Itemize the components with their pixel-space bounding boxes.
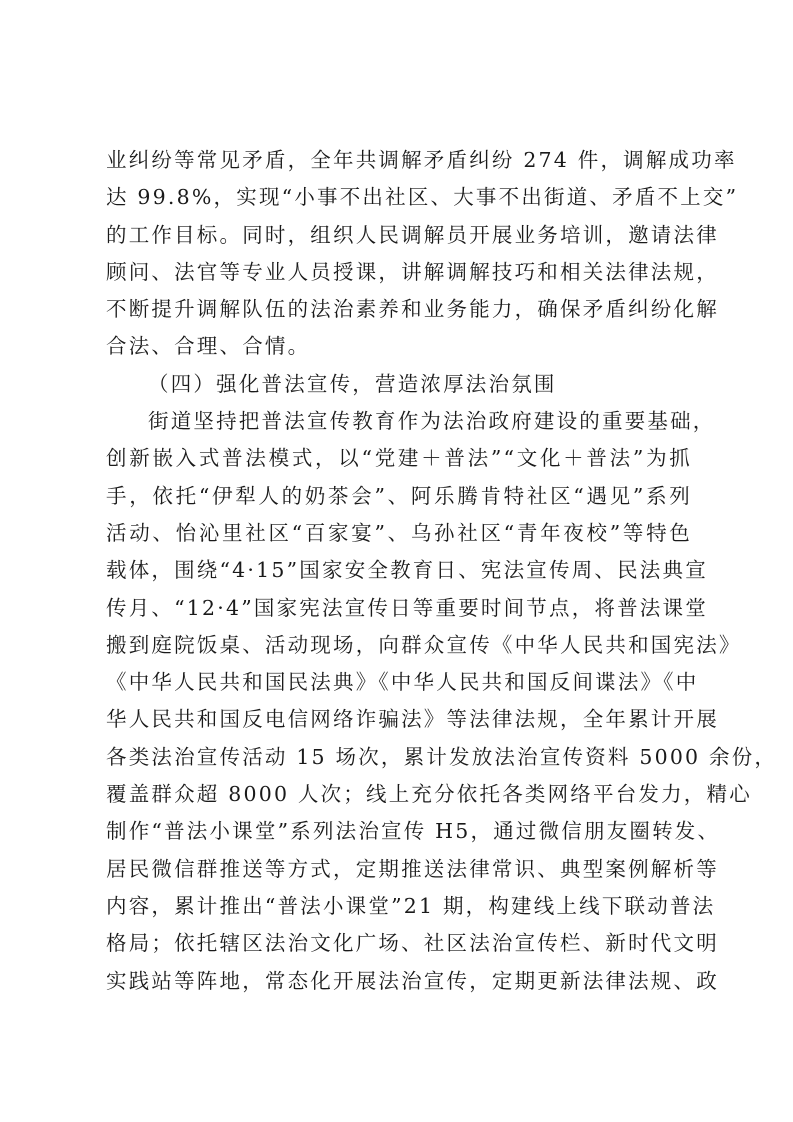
text-line: 达 99.8%，实现“小事不出社区、大事不出街道、矛盾不上交” [106, 179, 692, 216]
text-line: 街道坚持把普法宣传教育作为法治政府建设的重要基础， [106, 403, 692, 440]
document-page: 业纠纷等常见矛盾，全年共调解矛盾纠纷 274 件，调解成功率 达 99.8%，实… [0, 0, 793, 1122]
text-line: 传月、“12·4”国家宪法宣传日等重要时间节点，将普法课堂 [106, 590, 692, 627]
text-line: 合法、合理、合情。 [106, 328, 692, 365]
text-line: 覆盖群众超 8000 人次；线上充分依托各类网络平台发力，精心 [106, 776, 692, 813]
text-line: 搬到庭院饭桌、活动现场，向群众宣传《中华人民共和国宪法》 [106, 627, 692, 664]
text-line: 手，依托“伊犁人的奶茶会”、阿乐腾肯特社区“遇见”系列 [106, 478, 692, 515]
text-line: 《中华人民共和国民法典》《中华人民共和国反间谍法》《中 [106, 664, 692, 701]
document-body: 业纠纷等常见矛盾，全年共调解矛盾纠纷 274 件，调解成功率 达 99.8%，实… [106, 142, 692, 1000]
text-line: 各类法治宣传活动 15 场次，累计发放法治宣传资料 5000 余份， [106, 739, 692, 776]
section-heading: （四）强化普法宣传，营造浓厚法治氛围 [106, 366, 692, 403]
text-line: 华人民共和国反电信网络诈骗法》等法律法规，全年累计开展 [106, 701, 692, 738]
text-line: 顾问、法官等专业人员授课，讲解调解技巧和相关法律法规， [106, 254, 692, 291]
text-line: 不断提升调解队伍的法治素养和业务能力，确保矛盾纠纷化解 [106, 291, 692, 328]
text-line: 居民微信群推送等方式，定期推送法律常识、典型案例解析等 [106, 851, 692, 888]
text-line: 实践站等阵地，常态化开展法治宣传，定期更新法律法规、政 [106, 963, 692, 1000]
text-line: 制作“普法小课堂”系列法治宣传 H5，通过微信朋友圈转发、 [106, 813, 692, 850]
text-line: 创新嵌入式普法模式，以“党建＋普法”“文化＋普法”为抓 [106, 440, 692, 477]
text-line: 活动、怡沁里社区“百家宴”、乌孙社区“青年夜校”等特色 [106, 515, 692, 552]
text-line: 的工作目标。同时，组织人民调解员开展业务培训，邀请法律 [106, 217, 692, 254]
text-line: 载体，围绕“4·15”国家安全教育日、宪法宣传周、民法典宣 [106, 552, 692, 589]
text-line: 格局；依托辖区法治文化广场、社区法治宣传栏、新时代文明 [106, 925, 692, 962]
text-line: 内容，累计推出“普法小课堂”21 期，构建线上线下联动普法 [106, 888, 692, 925]
paragraph-mediation-results: 业纠纷等常见矛盾，全年共调解矛盾纠纷 274 件，调解成功率 达 99.8%，实… [106, 142, 692, 366]
text-line: 业纠纷等常见矛盾，全年共调解矛盾纠纷 274 件，调解成功率 [106, 142, 692, 179]
paragraph-legal-publicity: 街道坚持把普法宣传教育作为法治政府建设的重要基础， 创新嵌入式普法模式，以“党建… [106, 403, 692, 1000]
